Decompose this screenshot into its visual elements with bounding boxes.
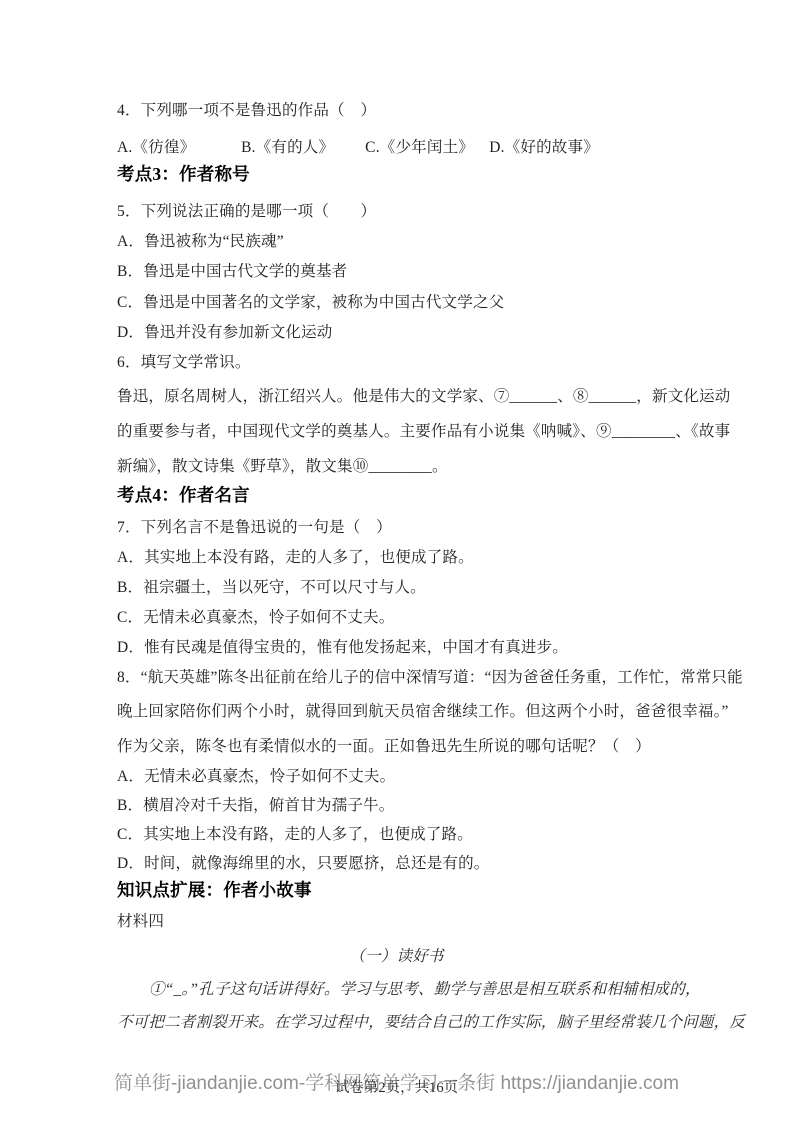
question-7-stem: 7．下列名言不是鲁迅说的一句是（ ） <box>117 517 392 539</box>
question-8-stem-line-1: 8．“航天英雄”陈冬出征前在给儿子的信中深情写道：“因为爸爸任务重，工作忙，常常… <box>117 667 743 689</box>
question-5-option-b: B．鲁迅是中国古代文学的奠基者 <box>117 261 347 283</box>
question-7-option-a: A．其实地上本没有路，走的人多了，也便成了路。 <box>117 547 474 569</box>
reading-section-title: （一）读好书 <box>0 946 793 968</box>
question-6-line-2: 的重要参与者，中国现代文学的奠基人。主要作品有小说集《呐喊》、⑨________… <box>117 421 730 443</box>
heading-kaodian-3: 考点3：作者称号 <box>117 163 250 185</box>
heading-kaodian-4: 考点4：作者名言 <box>117 484 250 506</box>
material-4-label: 材料四 <box>117 911 164 933</box>
question-5-option-a: A．鲁迅被称为“民族魂” <box>117 231 284 253</box>
question-7-option-b: B．祖宗疆土，当以死守，不可以尺寸与人。 <box>117 577 426 599</box>
question-5-stem: 5．下列说法正确的是哪一项（ ） <box>117 201 376 223</box>
heading-knowledge-expand: 知识点扩展：作者小故事 <box>117 879 312 901</box>
question-5-option-c: C．鲁迅是中国著名的文学家，被称为中国古代文学之父 <box>117 292 504 314</box>
question-5-option-d: D．鲁迅并没有参加新文化运动 <box>117 322 333 344</box>
question-8-stem-line-3: 作为父亲，陈冬也有柔情似水的一面。正如鲁迅先生所说的哪句话呢？（ ） <box>117 736 651 758</box>
exam-document-page: 4．下列哪一项不是鲁迅的作品（ ） A.《彷徨》 B.《有的人》 C.《少年闰土… <box>0 0 793 1122</box>
question-8-option-a: A．无情未必真豪杰，怜子如何不丈夫。 <box>117 766 395 788</box>
question-4-option-b: B.《有的人》 <box>241 137 361 159</box>
page-number-footer: 试卷第2页，共16页 <box>0 1076 793 1097</box>
question-8-option-c: C．其实地上本没有路，走的人多了，也便成了路。 <box>117 824 473 846</box>
question-8-stem-line-2: 晚上回家陪你们两个小时，就得回到航天员宿舍继续工作。但这两个小时，爸爸很幸福。” <box>117 701 729 723</box>
question-6-line-1: 鲁迅，原名周树人，浙江绍兴人。他是伟大的文学家、⑦______、⑧______，… <box>117 386 731 408</box>
question-7-option-d: D．惟有民魂是值得宝贵的，惟有他发扬起来，中国才有真进步。 <box>117 637 568 659</box>
question-8-option-b: B．横眉冷对千夫指，俯首甘为孺子牛。 <box>117 795 394 817</box>
question-4-stem: 4．下列哪一项不是鲁迅的作品（ ） <box>117 100 376 122</box>
question-6-stem: 6．填写文学常识。 <box>117 352 251 374</box>
question-4-option-a: A.《彷徨》 <box>117 137 237 159</box>
reading-paragraph-line-2: 不可把二者割裂开来。在学习过程中，要结合自己的工作实际，脑子里经常装几个问题，反 <box>117 1012 745 1034</box>
reading-paragraph-line-1: ①“_。”孔子这句话讲得好。学习与思考、勤学与善思是相互联系和相辅相成的， <box>117 979 701 1001</box>
question-4-options-row: A.《彷徨》 B.《有的人》 C.《少年闰土》 D.《好的故事》 <box>117 137 599 159</box>
question-6-line-3: 新编》，散文诗集《野草》，散文集⑩________。 <box>117 456 448 478</box>
question-7-option-c: C．无情未必真豪杰，怜子如何不丈夫。 <box>117 607 394 629</box>
question-4-option-c: C.《少年闰土》 <box>365 137 485 159</box>
question-8-option-d: D．时间，就像海绵里的水，只要愿挤，总还是有的。 <box>117 853 490 875</box>
question-4-option-d: D.《好的故事》 <box>489 137 599 159</box>
